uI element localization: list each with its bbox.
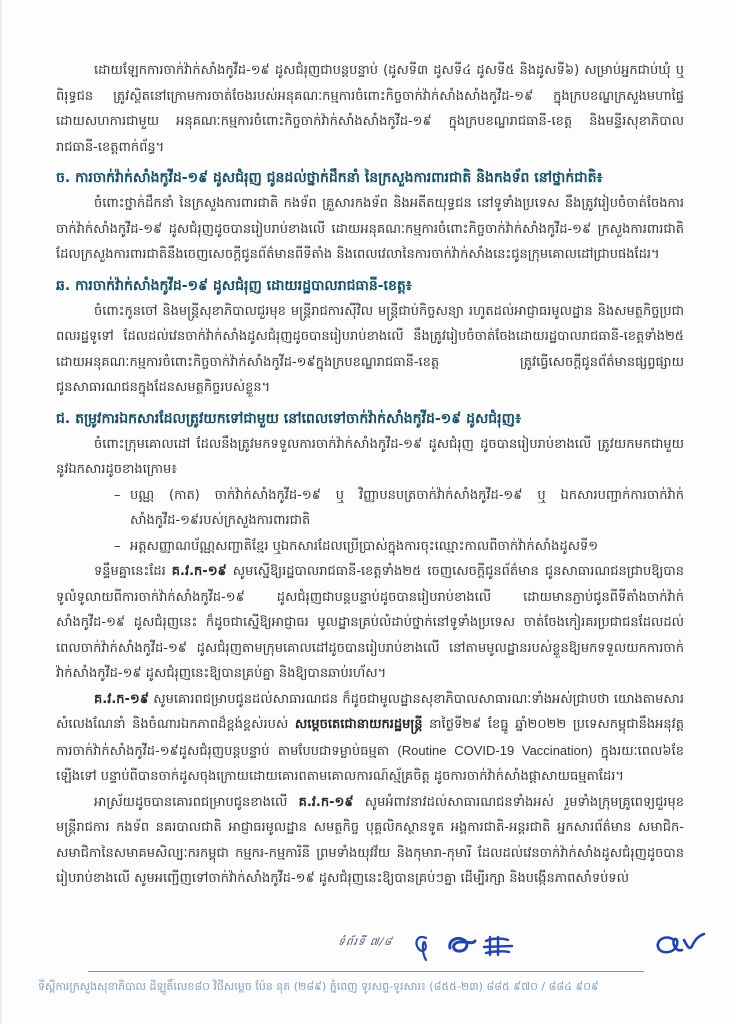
latin-routine-covid-text: (Routine COVID-19 Vaccination) bbox=[397, 743, 592, 758]
section-c-paragraph: ចំពោះថ្នាក់ដឹកនាំ នៃក្រសួងការពារជាតិ កងទ… bbox=[56, 191, 684, 268]
scan-edge-shadow bbox=[0, 0, 3, 1024]
list-item-text: បណ្ណ (កាត) ចាក់វ៉ាក់សាំងកូវីដ-១៩ ឬ វិញ្ញ… bbox=[130, 488, 684, 529]
required-documents-list: – បណ្ណ (កាត) ចាក់វ៉ាក់សាំងកូវីដ-១៩ ឬ វិញ… bbox=[56, 483, 684, 560]
section-ch-paragraph: ចំពោះកូនចៅ និងមន្ត្រីសុខាភិបាលជួរមុខ មន្… bbox=[56, 299, 684, 401]
footer-address-line: ទីស្តីការក្រសួងសុខាភិបាល ដីឡូតិ៍លេខ៨០ វិ… bbox=[38, 978, 698, 996]
list-item-text: អត្តសញ្ញាណប័ណ្ណសញ្ជាតិខ្មែរ ឬឯកសារដែលប្រ… bbox=[130, 539, 598, 554]
footer-divider bbox=[88, 971, 644, 972]
section-heading-j: ជ. តម្រូវការឯកសារដែលត្រូវយកទៅជាមួយ នៅពេល… bbox=[56, 406, 684, 432]
list-item: – អត្តសញ្ញាណប័ណ្ណសញ្ជាតិខ្មែរ ឬឯកសារដែលប… bbox=[114, 534, 684, 560]
scanned-document-page: ដោយឡែកការចាក់វ៉ាក់សាំងកូវីដ-១៩ ដូសជំរុញជ… bbox=[0, 0, 729, 1024]
request-paragraph: ទន្ទឹមគ្នានេះដែរ គ.វ.ក-១៩ សូមស្នើឱ្យរដ្ឋ… bbox=[56, 559, 684, 687]
dash-bullet-icon: – bbox=[114, 483, 121, 509]
section-j-lead-paragraph: ចំពោះក្រុមគោលដៅ ដែលនឹងត្រូវមកទទួលការចាក់… bbox=[56, 432, 684, 483]
pen-scribble-icon bbox=[652, 928, 708, 962]
dash-bullet-icon: – bbox=[114, 534, 121, 560]
kvk19-bold-term: គ.វ.ក-១៩ bbox=[94, 692, 149, 707]
paragraph-text: ទន្ទឹមគ្នានេះដែរ bbox=[94, 564, 172, 579]
paragraph-text: អាស្រ័យដូចបានគោរពជម្រាបជូនខាងលើ bbox=[94, 795, 299, 810]
prime-minister-bold-term: សម្តេចតេជោនាយករដ្ឋមន្ត្រី bbox=[295, 717, 423, 732]
paragraph-text: សូមស្នើឱ្យរដ្ឋបាលរាជធានី-ខេត្តទាំង២៥ ចេញ… bbox=[56, 564, 684, 681]
appeal-paragraph: អាស្រ័យដូចបានគោរពជម្រាបជូនខាងលើ គ.វ.ក-១៩… bbox=[56, 790, 684, 892]
routine-vaccination-paragraph: គ.វ.ក-១៩ សូមគោរពជម្រាបជូនដល់សាធារណជន ក៏ដ… bbox=[56, 687, 684, 790]
pen-initials-icon bbox=[412, 928, 542, 968]
section-heading-c: ច. ការចាក់វ៉ាក់សាំងកូវីដ-១៩ ដូសជំរុញ ជូន… bbox=[56, 165, 684, 191]
intro-paragraph: ដោយឡែកការចាក់វ៉ាក់សាំងកូវីដ-១៩ ដូសជំរុញជ… bbox=[56, 58, 684, 160]
page-annotation-row: ទំព័រទី ៧/៨ bbox=[0, 928, 729, 972]
kvk19-bold-term: គ.វ.ក-១៩ bbox=[299, 795, 354, 810]
page-number-note: ទំព័រទី ៧/៨ bbox=[337, 936, 393, 951]
list-item: – បណ្ណ (កាត) ចាក់វ៉ាក់សាំងកូវីដ-១៩ ឬ វិញ… bbox=[114, 483, 684, 534]
section-heading-ch: ឆ. ការចាក់វ៉ាក់សាំងកូវីដ-១៩ ដូសជំរុញ ដោយ… bbox=[56, 273, 684, 299]
kvk19-bold-term: គ.វ.ក-១៩ bbox=[172, 564, 227, 579]
document-body: ដោយឡែកការចាក់វ៉ាក់សាំងកូវីដ-១៩ ដូសជំរុញជ… bbox=[56, 58, 684, 930]
